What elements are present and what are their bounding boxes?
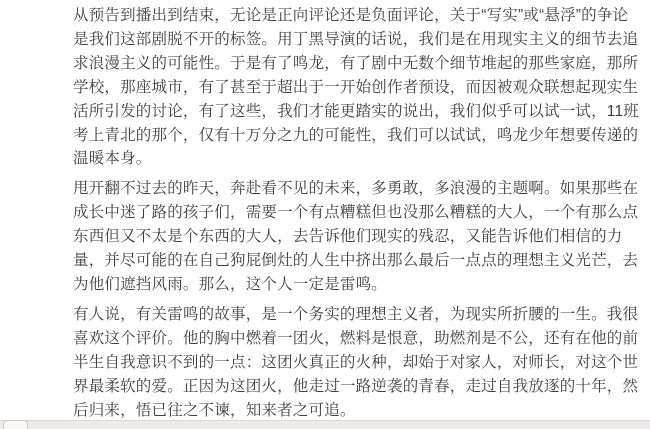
bottom-left-partial-element: [3, 420, 28, 429]
text-line: 界最柔软的爱。正因为这团火，他走过一路逆袭的青春，走过自我放逐的十年，然: [73, 375, 633, 399]
text-line: 后归来，悟已往之不谏，知来者之可追。: [73, 399, 633, 423]
bottom-edge-strip: [0, 420, 650, 429]
text-line: 学校，那座城市，有了甚至于超出于一开始创作者预设，而因被观众联想起现实生: [73, 76, 633, 100]
paragraph: 甩开翻不过去的昨天，奔赴看不见的未来，多勇敢，多浪漫的主题啊。如果那些在 成长中…: [73, 177, 633, 297]
text-line: 是我们这部剧脱不开的标签。用丁黑导演的话说，我们是在用现实主义的细节去追: [73, 28, 633, 52]
text-line: 考上青北的那个，仅有十万分之九的可能性，我们可以试试，鸣龙少年想要传递的: [73, 124, 633, 148]
text-line: 温暖本身。: [73, 147, 633, 171]
paragraph: 有人说，有关雷鸣的故事，是一个务实的理想主义者，为现实所折腰的一生。我很 喜欢这…: [73, 303, 633, 423]
text-line: 东西但又不太是个东西的大人，去告诉他们现实的残忍，又能告诉他们相信的力: [73, 225, 633, 249]
text-line: 喜欢这个评价。他的胸中燃着一团火，燃料是恨意，助燃剂是不公，还有在他的前: [73, 327, 633, 351]
text-line: 成长中迷了路的孩子们，需要一个有点糟糕但也没那么糟糕的大人，一个有那么点: [73, 201, 633, 225]
text-line: 有人说，有关雷鸣的故事，是一个务实的理想主义者，为现实所折腰的一生。我很: [73, 303, 633, 327]
article-text-block: 从预告到播出到结束，无论是正向评论还是负面评论，关于“写实”或“悬浮”的争论 是…: [73, 4, 633, 422]
text-line: 半生自我意识不到的一点：这团火真正的火种，却始于对家人，对师长，对这个世: [73, 351, 633, 375]
text-line: 活所引发的讨论，有了这些，我们才能更踏实的说出，我们似乎可以试一试，11班: [73, 100, 633, 124]
text-line: 求浪漫主义的可能性。于是有了鸣龙，有了剧中无数个细节堆起的那些家庭，那所: [73, 52, 633, 76]
text-line: 量，并尽可能的在自己狗屁倒灶的人生中挤出那么最后一点点的理想主义光芒，去: [73, 249, 633, 273]
text-line: 甩开翻不过去的昨天，奔赴看不见的未来，多勇敢，多浪漫的主题啊。如果那些在: [73, 177, 633, 201]
text-line: 为他们遮挡风雨。那么，这个人一定是雷鸣。: [73, 273, 633, 297]
text-line: 从预告到播出到结束，无论是正向评论还是负面评论，关于“写实”或“悬浮”的争论: [73, 4, 633, 28]
paragraph: 从预告到播出到结束，无论是正向评论还是负面评论，关于“写实”或“悬浮”的争论 是…: [73, 4, 633, 171]
